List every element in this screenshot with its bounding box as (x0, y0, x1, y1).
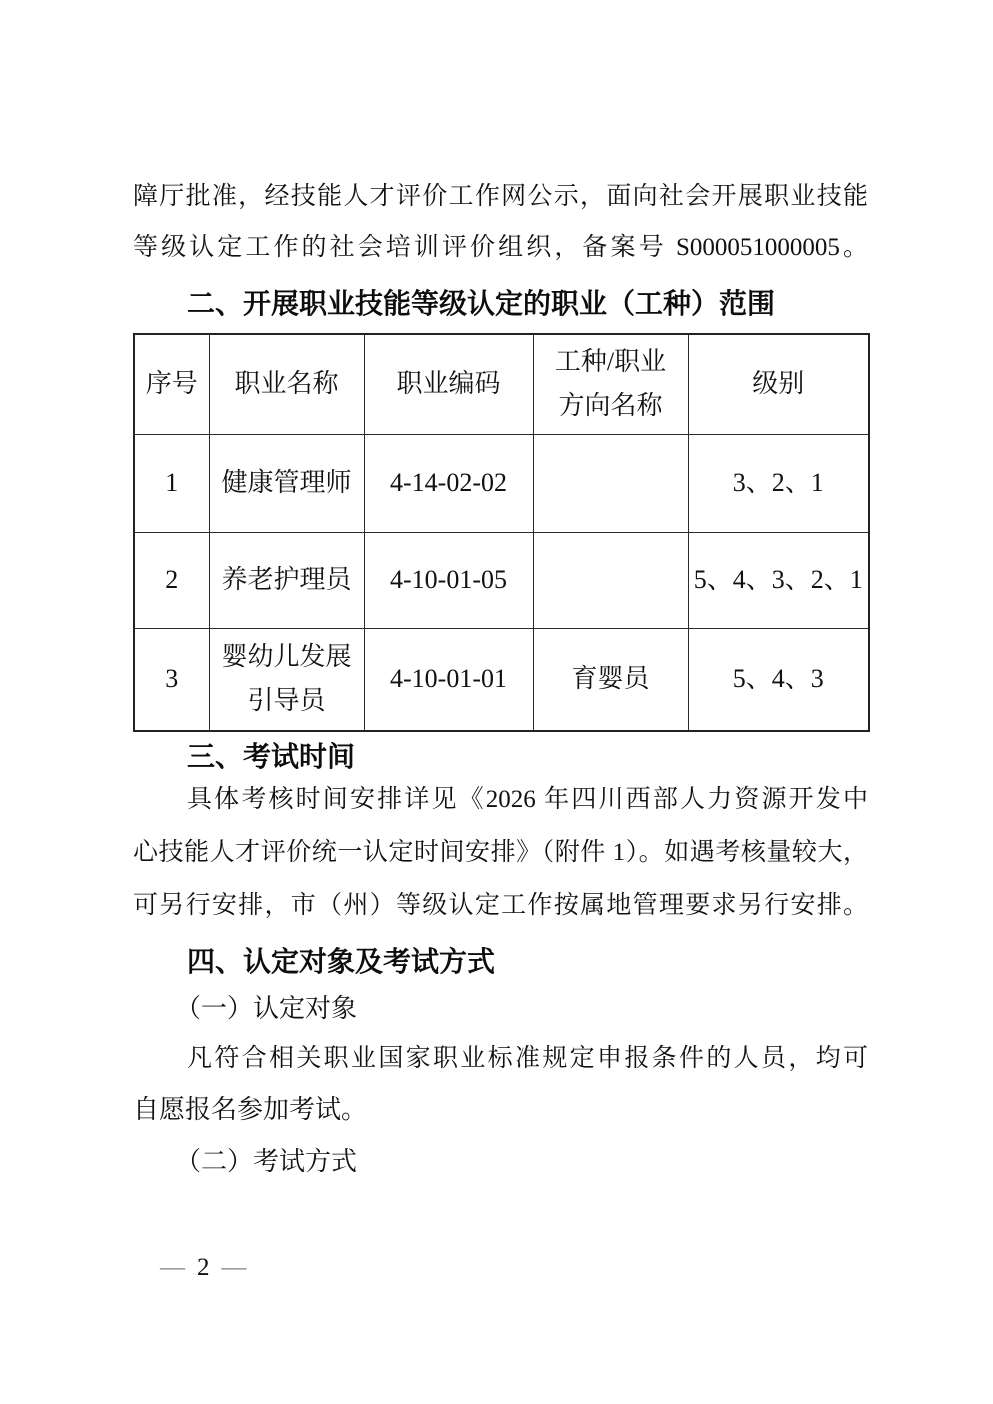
cell-occupation-name: 健康管理师 (209, 434, 364, 532)
section3-line-1: 具体考核时间安排详见《2026 年四川西部人力资源开发中 (133, 783, 868, 817)
column-header-no: 序号 (134, 334, 209, 434)
section4-line-2: 自愿报名参加考试。 (133, 1093, 868, 1127)
section4-heading: 四、认定对象及考试方式 (133, 944, 868, 980)
intro-line-1: 障厅批准，经技能人才评价工作网公示，面向社会开展职业技能 (133, 180, 868, 214)
occupation-table: 序号 职业名称 职业编码 工种/职业 方向名称 级别 1 健康管理师 4-14-… (133, 333, 870, 732)
cell-occupation-name: 婴幼儿发展 引导员 (209, 628, 364, 731)
section3-line-3: 可另行安排，市（州）等级认定工作按属地管理要求另行安排。 (133, 889, 868, 923)
table-row: 2 养老护理员 4-10-01-05 5、4、3、2、1 (134, 532, 869, 628)
cell-occupation-code: 4-10-01-05 (364, 532, 533, 628)
section2-heading: 二、开展职业技能等级认定的职业（工种）范围 (133, 286, 868, 322)
table-row: 1 健康管理师 4-14-02-02 3、2、1 (134, 434, 869, 532)
table-header-row: 序号 职业名称 职业编码 工种/职业 方向名称 级别 (134, 334, 869, 434)
document-page: 障厅批准，经技能人才评价工作网公示，面向社会开展职业技能 等级认定工作的社会培训… (0, 0, 993, 1404)
cell-occupation-name: 养老护理员 (209, 532, 364, 628)
cell-direction (533, 434, 688, 532)
section4-sub2: （二）考试方式 (133, 1145, 868, 1179)
footer-dash-left: — (160, 1254, 185, 1281)
section4-line-1: 凡符合相关职业国家职业标准规定申报条件的人员，均可 (133, 1042, 868, 1076)
cell-direction: 育婴员 (533, 628, 688, 731)
cell-direction (533, 532, 688, 628)
cell-levels: 5、4、3 (688, 628, 869, 731)
cell-occupation-code: 4-14-02-02 (364, 434, 533, 532)
cell-levels: 5、4、3、2、1 (688, 532, 869, 628)
cell-levels: 3、2、1 (688, 434, 869, 532)
section3-heading: 三、考试时间 (133, 739, 868, 775)
section3-line-2: 心技能人才评价统一认定时间安排》（附件 1）。如遇考核量较大， (133, 836, 868, 870)
column-header-name: 职业名称 (209, 334, 364, 434)
table-row: 3 婴幼儿发展 引导员 4-10-01-01 育婴员 5、4、3 (134, 628, 869, 731)
cell-occupation-code: 4-10-01-01 (364, 628, 533, 731)
page-number: 2 (197, 1254, 210, 1281)
footer-dash-right: — (222, 1254, 247, 1281)
cell-no: 1 (134, 434, 209, 532)
cell-no: 2 (134, 532, 209, 628)
column-header-code: 职业编码 (364, 334, 533, 434)
column-header-direction: 工种/职业 方向名称 (533, 334, 688, 434)
intro-line-2: 等级认定工作的社会培训评价组织，备案号 S000051000005。 (133, 231, 868, 265)
section4-sub1: （一）认定对象 (133, 992, 868, 1026)
cell-no: 3 (134, 628, 209, 731)
page-footer: —2— (160, 1252, 247, 1284)
column-header-level: 级别 (688, 334, 869, 434)
